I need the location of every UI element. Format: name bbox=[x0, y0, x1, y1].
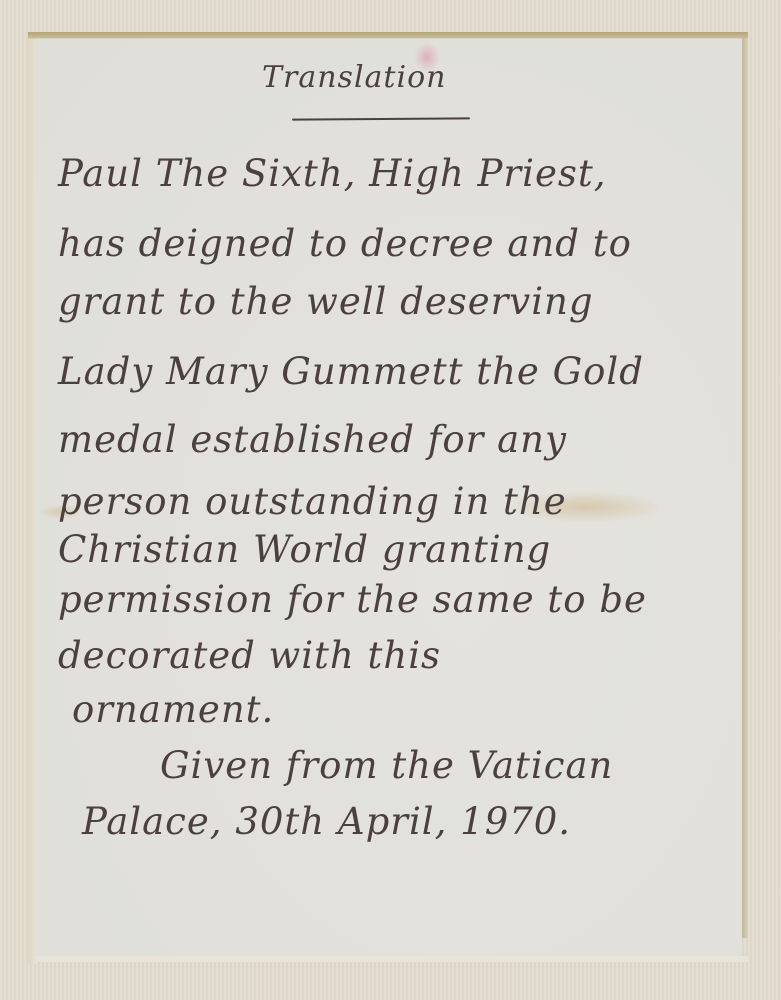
text-line-2: has deigned to decree and to bbox=[58, 222, 632, 265]
text-line-1: Paul The Sixth, High Priest, bbox=[58, 152, 606, 195]
text-line-8: permission for the same to be bbox=[58, 578, 647, 621]
text-line-3: grant to the well deserving bbox=[58, 280, 594, 323]
mat-bottom-edge bbox=[36, 956, 748, 962]
text-line-12-date: Palace, 30th April, 1970. bbox=[82, 800, 571, 843]
document-title: Translation bbox=[262, 60, 446, 95]
text-line-5: medal established for any bbox=[58, 418, 567, 461]
text-line-4: Lady Mary Gummett the Gold bbox=[58, 350, 644, 393]
paper-edge-shadow bbox=[742, 38, 748, 938]
text-line-10: ornament. bbox=[72, 688, 274, 731]
text-line-7: Christian World granting bbox=[58, 528, 551, 571]
text-line-6: person outstanding in the bbox=[58, 480, 567, 523]
text-line-9: decorated with this bbox=[58, 634, 441, 677]
text-line-11-signoff: Given from the Vatican bbox=[160, 744, 613, 787]
